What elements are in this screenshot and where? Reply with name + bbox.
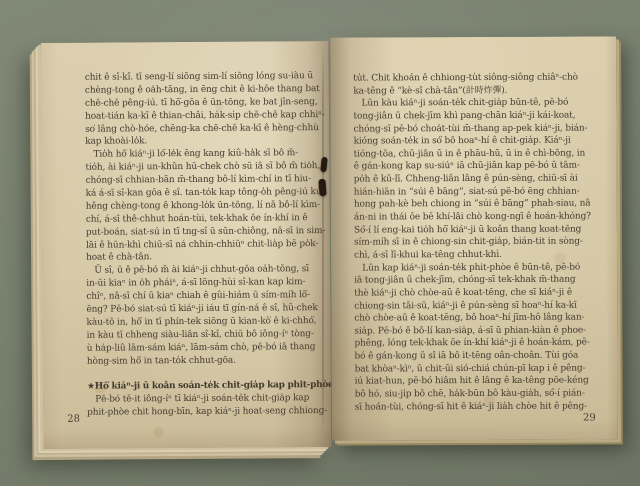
text-line: ê gán-kong kap su-siúⁿ iā chū-jiân kap p…: [354, 160, 608, 174]
text-line: chóng-sī pē-bó choa̍t-tùi m̄-thang ap-pe…: [353, 122, 607, 136]
text-line: Lūn kap kiáⁿ-ji soán-te̍k phit-phòe ê bū…: [354, 261, 608, 275]
text-line: phit-phòe chit hong-bīn, kap kiáⁿ-ji hoa…: [87, 405, 341, 420]
text-line: sī hoán-tùi, chóng-sī hit ê kiáⁿ-ji lia̍…: [355, 400, 609, 414]
text-line: hián-hiān in “súi ê bāng”, siat-sú pē-bó…: [354, 185, 608, 199]
text-line: bô hó, siu-ji̍p bô chē, ha̍k-būn bô kàu-…: [355, 387, 609, 401]
binding-staple-icon: [318, 179, 326, 196]
text-line: phêng, lóng tek-khak ōe ín-khí kiáⁿ-ji ê…: [354, 337, 608, 351]
text-line: iā tong-jiân ū chek-jīm, chóng-sī tek-kh…: [354, 274, 608, 288]
text-line: kióng soán-te̍k in só͘ bô hoaⁿ-hí ê chit…: [354, 135, 608, 149]
text-line: ù ha̍p-liû lām-sám kiáⁿ, lām-sám chò, pē…: [87, 341, 341, 356]
text-line: chì, á-sī lī-khui ka-têng chhut-khì.: [354, 248, 608, 262]
text-line: Lūn kàu kiáⁿ-ji soán-te̍k chit-gia̍p būn…: [353, 97, 607, 111]
text-line: lāi ê hūn-khì chiū-sī ná chhin-chhiūⁿ ch…: [86, 238, 340, 253]
right-page: tu̍t. Chit khoán ê chhiong-tu̍t siông-si…: [330, 36, 618, 440]
left-page-text: chit ê sî-kî. tī seng-lí siōng sim-lí si…: [85, 70, 341, 420]
text-line: po̍h ê kū-lī. Chheng-liân lâng ê pún-sèn…: [354, 173, 608, 187]
text-line: thè kiáⁿ-ji chò chòe-aū ê koat-tēng, che…: [354, 286, 608, 300]
text-line: hong pah-kè beh chiong in “súi ê bāng” p…: [354, 198, 608, 212]
text-line: hoat-tián ka-kī ê thian-châi, ha̍k-si̍p …: [85, 109, 339, 124]
photo-of-open-book: chit ê sî-kî. tī seng-lí siōng sim-lí si…: [0, 0, 640, 486]
text-line: tu̍t. Chit khoán ê chhiong-tu̍t siông-si…: [353, 71, 607, 85]
text-line: bat khòaⁿ-kìⁿ, ū chit-ūi sió-chiá chún-p…: [355, 362, 609, 376]
text-line: chiong-sin tāi-sū, kiáⁿ-ji ê pún-sèng sī…: [354, 299, 608, 313]
text-line: so͘ lâng chò-hóe, chēng-ka chē-chē ka-kī…: [85, 121, 339, 136]
text-line: tióng-tōa, chū-jiân ū in ê phāu-hū, ū in…: [354, 147, 608, 161]
right-page-text: tu̍t. Chit khoán ê chhiong-tu̍t siông-si…: [353, 71, 608, 413]
text-line: án-ni in thái ōe bē khí-lâi chò kong-ngī…: [354, 210, 608, 224]
text-line: tong-jiân ū chek-jīm khì pang-chān kiáⁿ-…: [353, 109, 607, 123]
text-line: Só͘-í lí eng-kai tio̍h hō͘ kiáⁿ-ji ū koâ…: [354, 223, 608, 237]
right-page-number: 29: [583, 412, 596, 423]
text-line: bó ê gán-kong ū sî iā bô it-tēng oân-cho…: [354, 350, 608, 364]
left-page-number: 28: [67, 414, 80, 425]
text-line: sia̍p. Pē-bó ê bô-lí kan-sia̍p, á-sī ū p…: [354, 324, 608, 338]
text-line: iú kiat-hun, pē-bó hiâm hit ê lâng ê ka-…: [355, 375, 609, 389]
text-line: sím-mi̍h sī in ê chiong-sin chit-gia̍p, …: [354, 236, 608, 250]
text-line: chò chòe-aū ê koat-tēng, bô hoaⁿ-hí jīm-…: [354, 312, 608, 326]
text-line: put-boán, siat-sú in tī tng-sî ū sūn-chi…: [86, 225, 340, 240]
text-line: ka-têng ê “kè-sî chà-tân”(計時炸彈).: [353, 84, 607, 98]
left-page: chit ê sî-kî. tī seng-lí siōng sim-lí si…: [41, 41, 332, 449]
